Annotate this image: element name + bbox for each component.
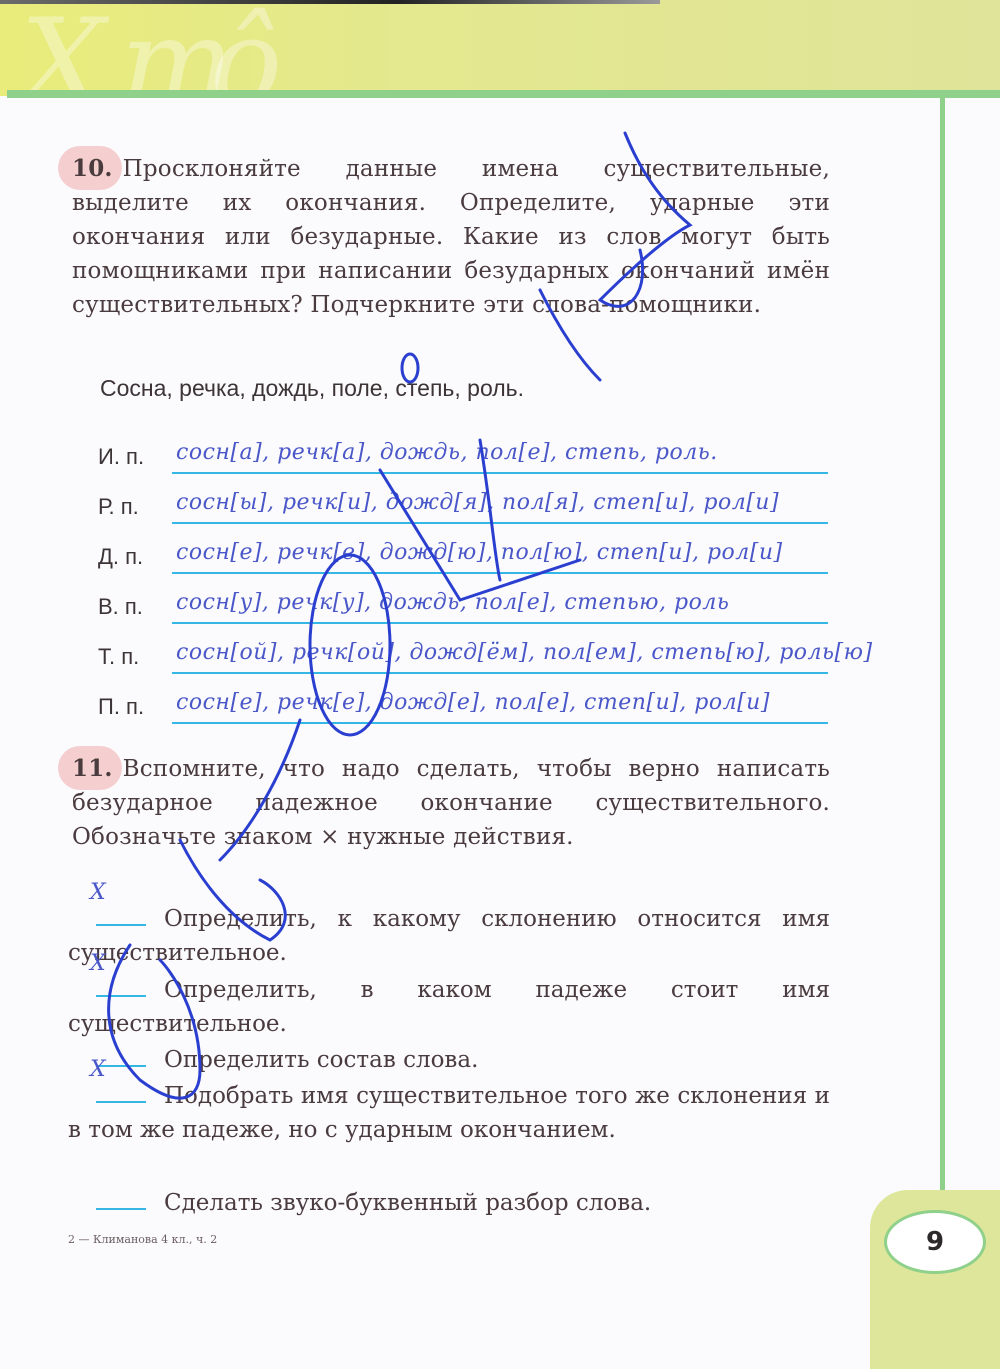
task-10-text: Просклоняйте данные имена существительны… [72,156,830,318]
checkmark-x[interactable]: X [90,876,106,910]
task-number: 10. [72,152,113,186]
header-divider [7,90,1000,98]
page-number-badge: 9 [884,1210,986,1274]
handwritten-answer[interactable]: сосн[у], речк[у], дождь, пол[е], степью,… [176,590,729,615]
answer-line [172,622,828,624]
option-text: Определить состав слова. [164,1047,478,1073]
option-declension: X Определить, к какому склонению относит… [68,902,830,970]
answer-blank[interactable] [96,995,146,997]
answer-blank[interactable] [96,1208,146,1210]
task-10-prompt: 10.Просклоняйте данные имена существител… [72,152,830,322]
option-stressed-noun: X Подобрать имя существительное того же … [68,1079,830,1147]
answer-line [172,472,828,474]
answer-line [172,722,828,724]
case-label: Р. п. [98,494,139,520]
case-label: И. п. [98,444,144,470]
handwritten-answer[interactable]: сосн[е], речк[е], дожд[е], пол[е], степ[… [176,690,770,715]
option-phonetic-analysis: Сделать звуко-буквенный разбор слова. [68,1186,830,1220]
case-row-dative: Д. п. сосн[е], речк[е], дожд[ю], пол[ю],… [98,536,978,586]
footer-note: 2 — Климанова 4 кл., ч. 2 [68,1233,217,1246]
task-11-text: Вспомните, что надо сделать, чтобы верно… [72,756,830,850]
checkmark-x[interactable]: X [90,947,106,981]
task-10: 10.Просклоняйте данные имена существител… [72,152,830,322]
answer-blank[interactable] [96,1101,146,1103]
decorative-letters: ô [210,0,282,96]
case-row-nominative: И. п. сосн[а], речк[а], дождь, пол[е], с… [98,436,978,486]
option-case: X Определить, в каком падеже стоит имя с… [68,973,830,1041]
case-label: В. п. [98,594,143,620]
answer-line [172,572,828,574]
case-label: Д. п. [98,544,143,570]
handwritten-answer[interactable]: сосн[ы], речк[и], дожд[я], пол[я], степ[… [176,490,779,515]
option-word-structure: Определить состав слова. [68,1043,830,1077]
case-row-prepositional: П. п. сосн[е], речк[е], дожд[е], пол[е],… [98,686,978,736]
task-11: 11.Вспомните, что надо сделать, чтобы ве… [72,752,830,854]
answer-line [172,522,828,524]
case-row-genitive: Р. п. сосн[ы], речк[и], дожд[я], пол[я],… [98,486,978,536]
case-row-accusative: В. п. сосн[у], речк[у], дождь, пол[е], с… [98,586,978,636]
option-text: Подобрать имя существительное того же ск… [68,1083,830,1143]
option-text: Определить, к какому склонению относится… [68,906,830,966]
task-11-prompt: 11.Вспомните, что надо сделать, чтобы ве… [72,752,830,854]
task-number: 11. [72,752,113,786]
answer-blank[interactable] [96,924,146,926]
option-text: Сделать звуко-буквенный разбор слова. [164,1190,651,1216]
page-header-band: X m ô [0,0,1000,96]
option-text: Определить, в каком падеже стоит имя сущ… [68,977,830,1037]
handwritten-answer[interactable]: сосн[ой], речк[ой], дожд[ём], пол[ем], с… [176,640,873,665]
case-row-instrumental: Т. п. сосн[ой], речк[ой], дожд[ём], пол[… [98,636,978,686]
word-list: Сосна, речка, дождь, поле, степь, роль. [100,375,524,402]
handwritten-answer[interactable]: сосн[е], речк[е], дожд[ю], пол[ю], степ[… [176,540,783,565]
answer-line [172,672,828,674]
decorative-letters: X [20,0,105,96]
handwritten-answer[interactable]: сосн[а], речк[а], дождь, пол[е], степь, … [176,440,718,465]
case-label: Т. п. [98,644,139,670]
case-label: П. п. [98,694,144,720]
checkmark-x[interactable]: X [90,1053,106,1087]
